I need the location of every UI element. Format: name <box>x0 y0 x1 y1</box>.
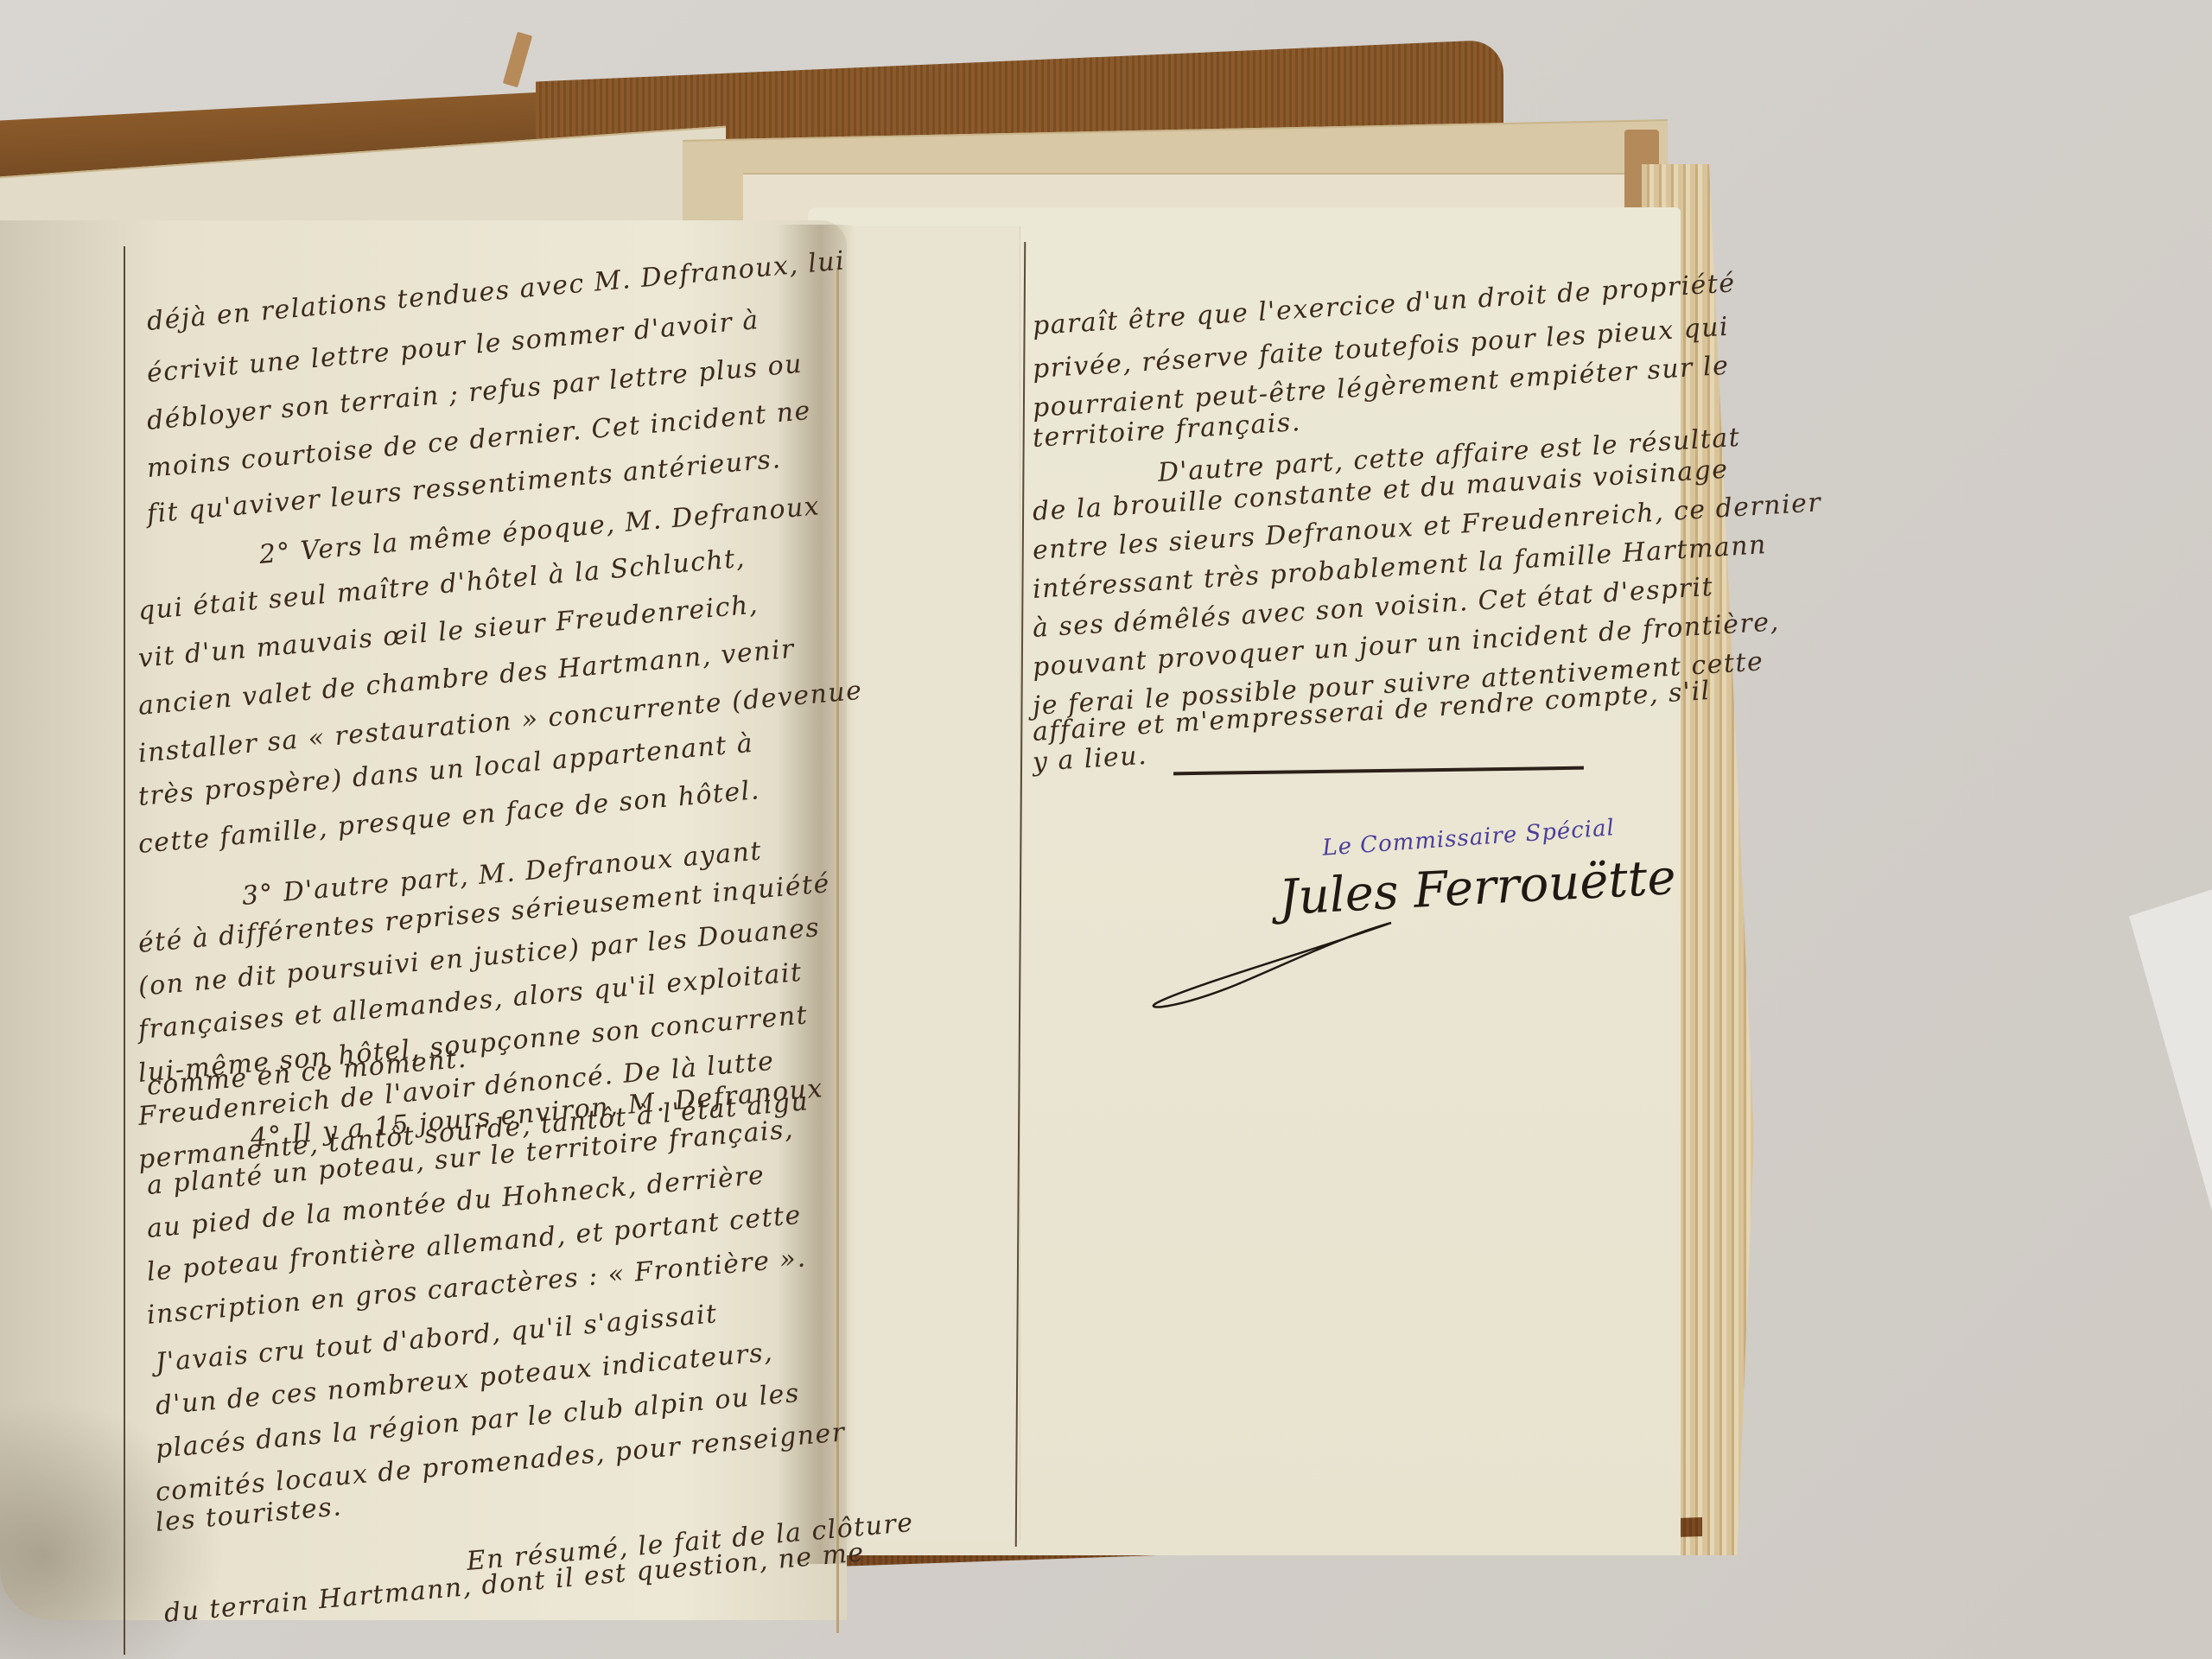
loose-white-sheet <box>2039 873 2212 1236</box>
signature-flourish-icon <box>1141 916 1400 1011</box>
torn-paper-fragment <box>503 32 532 88</box>
